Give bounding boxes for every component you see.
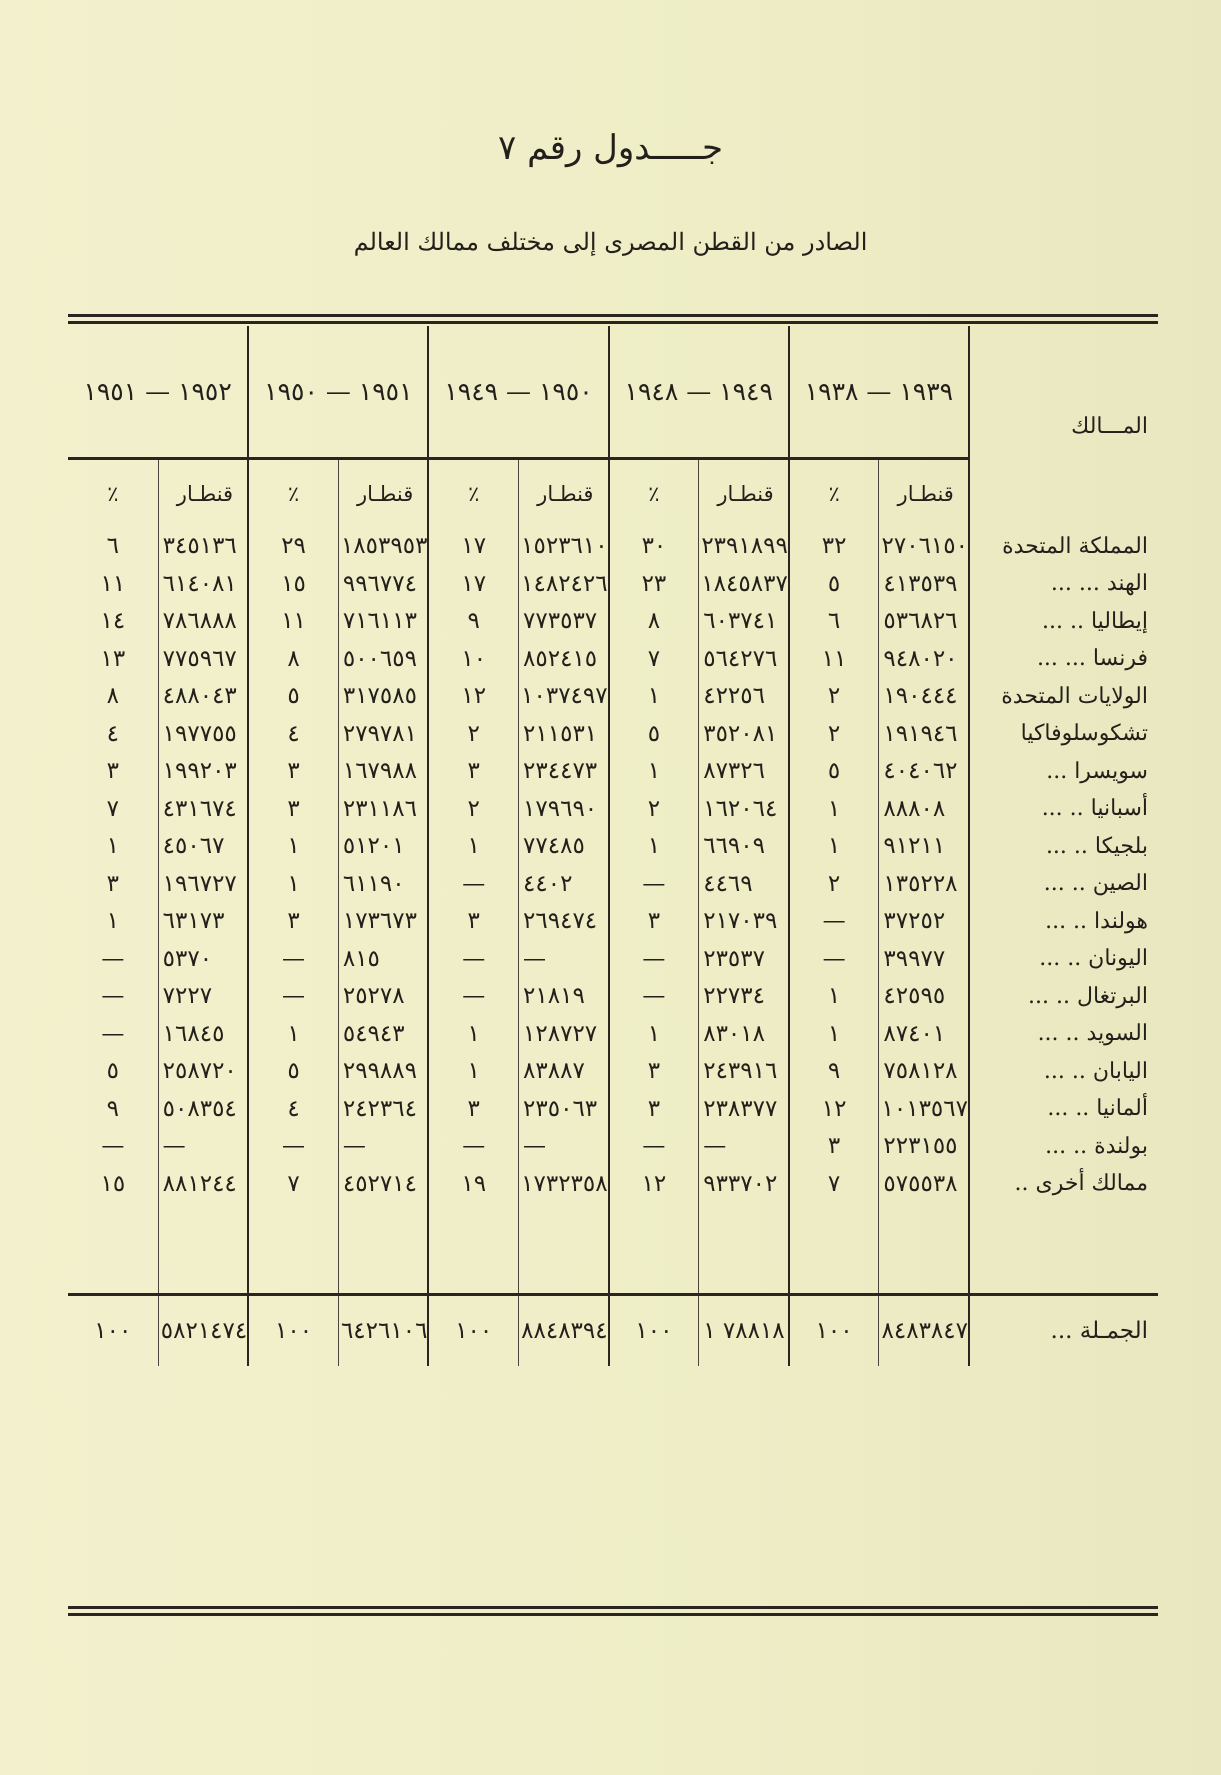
quantity-cell: ٩٣٣٧٠٢ [699,1165,789,1203]
quantity-cell: ٧٧٣٥٣٧ [519,603,609,641]
percent-cell: ٥ [609,715,699,753]
percent-cell: — [68,940,158,978]
quantity-cell: ٩٤٨٠٢٠ [879,640,969,678]
table-title: جـــــدول رقم ٧ [0,128,1221,168]
quantity-cell: ٢٦٩٤٧٤ [519,903,609,941]
quantity-cell: ٨٥٢٤١٥ [519,640,609,678]
quantity-cell: ١٩٩٢٠٣ [158,753,248,791]
percent-cell: ٨ [68,678,158,716]
percent-cell: ١ [789,828,879,866]
quantity-cell: ٨١٥ [338,940,428,978]
percent-cell: ٣ [609,1053,699,1091]
percent-cell: ٤ [68,715,158,753]
percent-cell: ١٩ [428,1165,518,1203]
quantity-cell: — [699,1128,789,1166]
percent-cell: ٥ [248,678,338,716]
quantity-cell: ٩١٢١١ [879,828,969,866]
quantity-cell: ٢١٨١٩ [519,978,609,1016]
percent-cell: ١٠٠ [248,1296,338,1366]
percent-cell: ٢ [789,715,879,753]
percent-cell: ٣٠ [609,528,699,566]
quantity-cell: ٢٣٨٣٧٧ [699,1090,789,1128]
percent-cell: ٣ [428,1090,518,1128]
quantity-cell: ٢٥٨٧٢٠ [158,1053,248,1091]
table-row: السويد .. ...٨٧٤٠١١٨٣٠١٨١١٢٨٧٢٧١٥٤٩٤٣١١٦… [68,1015,1158,1053]
quantity-cell: ٢٢٣١٥٥ [879,1128,969,1166]
country-name: المملكة المتحدة [969,528,1158,566]
quantity-cell: ٨٨٤٨٣٩٤ [519,1296,609,1366]
quantity-cell: ٢٣٤٤٧٣ [519,753,609,791]
country-name: هولندا .. ... [969,903,1158,941]
quantity-cell: ١٩٠٤٤٤ [879,678,969,716]
percent-cell: ٥ [789,753,879,791]
country-name: إيطاليا .. ... [969,603,1158,641]
percent-cell: ١ [428,828,518,866]
quantity-cell: ٦٣١٧٣ [158,903,248,941]
percent-cell: — [68,978,158,1016]
percent-cell: ١ [609,753,699,791]
quantity-cell: ٢٤٣٩١٦ [699,1053,789,1091]
quantity-cell: ٧٧٤٨٥ [519,828,609,866]
table-row: فرنسا ... ...٩٤٨٠٢٠١١٥٦٤٢٧٦٧٨٥٢٤١٥١٠٥٠٠٦… [68,640,1158,678]
percent-cell: ٢ [789,865,879,903]
pct-header: ٪ [68,458,158,528]
quantity-cell: ٧٨٦٨٨٨ [158,603,248,641]
period-header-row: المـــالك ١٩٣٩ — ١٩٣٨ ١٩٤٩ — ١٩٤٨ ١٩٥٠ —… [68,326,1158,458]
country-name: بلجيكا .. ... [969,828,1158,866]
percent-cell: ٥ [789,565,879,603]
quantity-cell: ٢٣١١٨٦ [338,790,428,828]
qty-header: قنطـار [519,458,609,528]
percent-cell: — [609,1128,699,1166]
country-name: الولايات المتحدة [969,678,1158,716]
quantity-cell: ١٤٨٢٤٢٦ [519,565,609,603]
quantity-cell: ١٢٨٧٢٧ [519,1015,609,1053]
percent-cell: ٣ [428,753,518,791]
table-row: تشكوسلوفاكيا١٩١٩٤٦٢٣٥٢٠٨١٥٢١١٥٣١٢٢٧٩٧٨١٤… [68,715,1158,753]
country-name: اليونان .. ... [969,940,1158,978]
quantity-cell: ٩٩٦٧٧٤ [338,565,428,603]
quantity-cell: ٣٥٢٠٨١ [699,715,789,753]
percent-cell: ٦ [789,603,879,641]
quantity-cell: ٤٢٥٩٥ [879,978,969,1016]
country-header: المـــالك [969,326,1158,528]
percent-cell: ٨ [248,640,338,678]
quantity-cell: ١٠٣٧٤٩٧ [519,678,609,716]
country-name: أسبانيا .. ... [969,790,1158,828]
percent-cell: — [428,1128,518,1166]
document-page: جـــــدول رقم ٧ الصادر من القطن المصرى إ… [0,0,1221,1775]
percent-cell: ٣٢ [789,528,879,566]
quantity-cell: ٥٣٧٠ [158,940,248,978]
period-header: ١٩٤٩ — ١٩٤٨ [609,326,789,458]
period-header: ١٩٥١ — ١٩٥٠ [248,326,428,458]
gap-spacer [68,1203,1158,1295]
bottom-double-rule [68,1606,1158,1616]
percent-cell: ١٢ [609,1165,699,1203]
percent-cell: — [68,1128,158,1166]
table-row: الولايات المتحدة١٩٠٤٤٤٢٤٢٢٥٦١١٠٣٧٤٩٧١٢٣١… [68,678,1158,716]
quantity-cell: ٥٨٢١٤٧٤ [158,1296,248,1366]
country-name: الصين .. ... [969,865,1158,903]
quantity-cell: ٢٣٥٣٧ [699,940,789,978]
percent-cell: ٢ [609,790,699,828]
country-name: سويسرا ... [969,753,1158,791]
quantity-cell: ١٨٥٣٩٥٣ [338,528,428,566]
period-header: ١٩٥٠ — ١٩٤٩ [428,326,608,458]
total-row: الجمـلة ...٨٤٨٣٨٤٧١٠٠٧٨٨١٨ ١١٠٠٨٨٤٨٣٩٤١٠… [68,1296,1158,1366]
table-row: إيطاليا .. ...٥٣٦٨٢٦٦٦٠٣٧٤١٨٧٧٣٥٣٧٩٧١٦١١… [68,603,1158,641]
percent-cell: ١٠٠ [428,1296,518,1366]
quantity-cell: ٧٥٨١٢٨ [879,1053,969,1091]
quantity-cell: ٥٠٨٣٥٤ [158,1090,248,1128]
percent-cell: ١٥ [68,1165,158,1203]
quantity-cell: ٨٧٤٠١ [879,1015,969,1053]
percent-cell: ٣ [68,753,158,791]
quantity-cell: ١٠١٣٥٦٧ [879,1090,969,1128]
quantity-cell: ٨٧٣٢٦ [699,753,789,791]
percent-cell: ١ [789,790,879,828]
percent-cell: — [248,978,338,1016]
quantity-cell: ٢٧٩٧٨١ [338,715,428,753]
percent-cell: ٢ [428,790,518,828]
country-name: البرتغال .. ... [969,978,1158,1016]
percent-cell: ١ [609,678,699,716]
quantity-cell: ٢٢٧٣٤ [699,978,789,1016]
quantity-cell: — [519,1128,609,1166]
country-name: بولندة .. ... [969,1128,1158,1166]
quantity-cell: — [158,1128,248,1166]
percent-cell: — [248,1128,338,1166]
percent-cell: ٣ [68,865,158,903]
quantity-cell: ٥٣٦٨٢٦ [879,603,969,641]
quantity-cell: ٧١٦١١٣ [338,603,428,641]
quantity-cell: ٣٧٢٥٢ [879,903,969,941]
quantity-cell: ٨٤٨٣٨٤٧ [879,1296,969,1366]
percent-cell: ٧ [248,1165,338,1203]
percent-cell: — [428,865,518,903]
quantity-cell: ٥٠٠٦٥٩ [338,640,428,678]
table-row: بلجيكا .. ...٩١٢١١١٦٦٩٠٩١٧٧٤٨٥١٥١٢٠١١٤٥٠… [68,828,1158,866]
percent-cell: — [609,940,699,978]
percent-cell: ٥ [68,1053,158,1091]
percent-cell: ٩ [68,1090,158,1128]
percent-cell: ١١ [789,640,879,678]
percent-cell: ٣ [248,753,338,791]
percent-cell: ٢٩ [248,528,338,566]
quantity-cell: ٢١١٥٣١ [519,715,609,753]
table-row: هولندا .. ...٣٧٢٥٢—٢١٧٠٣٩٣٢٦٩٤٧٤٣١٧٣٦٧٣٣… [68,903,1158,941]
percent-cell: ١٠٠ [789,1296,879,1366]
percent-cell: ١٠٠ [609,1296,699,1366]
quantity-cell: ٧٨٨١٨ ١ [699,1296,789,1366]
percent-cell: ١ [248,865,338,903]
percent-cell: ١٢ [789,1090,879,1128]
percent-cell: ١٢ [428,678,518,716]
qty-header: قنطـار [158,458,248,528]
country-name: اليابان .. ... [969,1053,1158,1091]
percent-cell: — [68,1015,158,1053]
quantity-cell: ٨٣٨٨٧ [519,1053,609,1091]
period-header: ١٩٥٢ — ١٩٥١ [68,326,248,458]
quantity-cell: ٢٧٠٦١٥٠ [879,528,969,566]
quantity-cell: — [338,1128,428,1166]
quantity-cell: ٤٠٤٠٦٢ [879,753,969,791]
country-name: فرنسا ... ... [969,640,1158,678]
percent-cell: ٧ [789,1165,879,1203]
qty-header: قنطـار [338,458,428,528]
quantity-cell: ٦١٤٠٨١ [158,565,248,603]
quantity-cell: ١٦٧٩٨٨ [338,753,428,791]
percent-cell: — [428,940,518,978]
table-row: البرتغال .. ...٤٢٥٩٥١٢٢٧٣٤—٢١٨١٩—٢٥٢٧٨—٧… [68,978,1158,1016]
percent-cell: — [248,940,338,978]
percent-cell: ٤ [248,715,338,753]
quantity-cell: ٦٠٣٧٤١ [699,603,789,641]
quantity-cell: ٣٩٩٧٧ [879,940,969,978]
quantity-cell: ٧٧٥٩٦٧ [158,640,248,678]
percent-cell: ٧ [68,790,158,828]
quantity-cell: ٥٦٤٢٧٦ [699,640,789,678]
percent-cell: — [609,978,699,1016]
top-double-rule [68,314,1158,324]
percent-cell: ٢٣ [609,565,699,603]
percent-cell: ٣ [609,903,699,941]
percent-cell: ١ [609,1015,699,1053]
quantity-cell: — [519,940,609,978]
percent-cell: ١ [428,1015,518,1053]
table-row: الصين .. ...١٣٥٢٢٨٢٤٤٦٩—٤٤٠٢—٦١١٩٠١١٩٦٧٢… [68,865,1158,903]
quantity-cell: ٤٨٨٠٤٣ [158,678,248,716]
quantity-cell: ٤٥٠٦٧ [158,828,248,866]
quantity-cell: ١٩١٩٤٦ [879,715,969,753]
table-row: اليونان .. ...٣٩٩٧٧—٢٣٥٣٧———٨١٥—٥٣٧٠— [68,940,1158,978]
quantity-cell: ١٧٩٦٩٠ [519,790,609,828]
percent-cell: ١٠٠ [68,1296,158,1366]
quantity-cell: ٤٥٢٧١٤ [338,1165,428,1203]
percent-cell: — [428,978,518,1016]
quantity-cell: ٢٣٩١٨٩٩ [699,528,789,566]
pct-header: ٪ [789,458,879,528]
percent-cell: ١ [68,903,158,941]
percent-cell: ٣ [248,903,338,941]
quantity-cell: ٣٤٥١٣٦ [158,528,248,566]
table-subtitle: الصادر من القطن المصرى إلى مختلف ممالك ا… [0,228,1221,256]
percent-cell: ١ [68,828,158,866]
percent-cell: ١ [428,1053,518,1091]
percent-cell: ٤ [248,1090,338,1128]
quantity-cell: ٤٤٦٩ [699,865,789,903]
quantity-cell: ٥١٢٠١ [338,828,428,866]
quantity-cell: ٨٨٨٠٨ [879,790,969,828]
percent-cell: ٩ [428,603,518,641]
percent-cell: ٣ [789,1128,879,1166]
country-name: ممالك أخرى .. [969,1165,1158,1203]
country-name: الجمـلة ... [969,1296,1158,1366]
quantity-cell: ١٩٧٧٥٥ [158,715,248,753]
quantity-cell: ١٨٤٥٨٣٧ [699,565,789,603]
pct-header: ٪ [428,458,518,528]
quantity-cell: ١٦٨٤٥ [158,1015,248,1053]
country-name: ألمانيا .. ... [969,1090,1158,1128]
cotton-exports-table: المـــالك ١٩٣٩ — ١٩٣٨ ١٩٤٩ — ١٩٤٨ ١٩٥٠ —… [68,326,1158,1366]
quantity-cell: ١٣٥٢٢٨ [879,865,969,903]
quantity-cell: ٤٣١٦٧٤ [158,790,248,828]
percent-cell: ١٧ [428,528,518,566]
quantity-cell: ٤١٣٥٣٩ [879,565,969,603]
quantity-cell: ٢٣٥٠٦٣ [519,1090,609,1128]
quantity-cell: ١٦٢٠٦٤ [699,790,789,828]
percent-cell: ٣ [428,903,518,941]
table-row: أسبانيا .. ...٨٨٨٠٨١١٦٢٠٦٤٢١٧٩٦٩٠٢٢٣١١٨٦… [68,790,1158,828]
percent-cell: ١ [789,1015,879,1053]
quantity-cell: ٦١١٩٠ [338,865,428,903]
quantity-cell: ٨٣٠١٨ [699,1015,789,1053]
percent-cell: ١١ [68,565,158,603]
table-row: الهند ... ...٤١٣٥٣٩٥١٨٤٥٨٣٧٢٣١٤٨٢٤٢٦١٧٩٩… [68,565,1158,603]
qty-header: قنطـار [879,458,969,528]
quantity-cell: ٢٥٢٧٨ [338,978,428,1016]
pct-header: ٪ [609,458,699,528]
table-row: سويسرا ...٤٠٤٠٦٢٥٨٧٣٢٦١٢٣٤٤٧٣٣١٦٧٩٨٨٣١٩٩… [68,753,1158,791]
quantity-cell: ٣١٧٥٨٥ [338,678,428,716]
qty-header: قنطـار [699,458,789,528]
table-row: المملكة المتحدة٢٧٠٦١٥٠٣٢٢٣٩١٨٩٩٣٠١٥٢٣٦١٠… [68,528,1158,566]
percent-cell: ١١ [248,603,338,641]
percent-cell: ٥ [248,1053,338,1091]
pct-header: ٪ [248,458,338,528]
quantity-cell: ٦٤٢٦١٠٦ [338,1296,428,1366]
quantity-cell: ١٧٣٦٧٣ [338,903,428,941]
percent-cell: ٢ [428,715,518,753]
percent-cell: — [789,903,879,941]
percent-cell: ٢ [789,678,879,716]
percent-cell: ٧ [609,640,699,678]
quantity-cell: ١٩٦٧٢٧ [158,865,248,903]
percent-cell: — [789,940,879,978]
percent-cell: ١٧ [428,565,518,603]
table-row: ألمانيا .. ...١٠١٣٥٦٧١٢٢٣٨٣٧٧٣٢٣٥٠٦٣٣٢٤٢… [68,1090,1158,1128]
table-row: اليابان .. ...٧٥٨١٢٨٩٢٤٣٩١٦٣٨٣٨٨٧١٢٩٩٨٨٩… [68,1053,1158,1091]
percent-cell: ٩ [789,1053,879,1091]
quantity-cell: ٧٢٢٧ [158,978,248,1016]
percent-cell: ١ [248,1015,338,1053]
percent-cell: — [609,865,699,903]
quantity-cell: ٦٦٩٠٩ [699,828,789,866]
country-name: تشكوسلوفاكيا [969,715,1158,753]
quantity-cell: ٢٩٩٨٨٩ [338,1053,428,1091]
percent-cell: ٨ [609,603,699,641]
country-name: الهند ... ... [969,565,1158,603]
quantity-cell: ١٧٣٢٣٥٨ [519,1165,609,1203]
percent-cell: ١ [248,828,338,866]
percent-cell: ١٤ [68,603,158,641]
table-row: ممالك أخرى ..٥٧٥٥٣٨٧٩٣٣٧٠٢١٢١٧٣٢٣٥٨١٩٤٥٢… [68,1165,1158,1203]
percent-cell: ١ [609,828,699,866]
quantity-cell: ٤٢٢٥٦ [699,678,789,716]
quantity-cell: ٢٤٢٣٦٤ [338,1090,428,1128]
quantity-cell: ٤٤٠٢ [519,865,609,903]
percent-cell: ١٣ [68,640,158,678]
percent-cell: ٣ [609,1090,699,1128]
percent-cell: ١٥ [248,565,338,603]
country-name: السويد .. ... [969,1015,1158,1053]
percent-cell: ١ [789,978,879,1016]
percent-cell: ١٠ [428,640,518,678]
quantity-cell: ٥٤٩٤٣ [338,1015,428,1053]
percent-cell: ٣ [248,790,338,828]
quantity-cell: ٢١٧٠٣٩ [699,903,789,941]
quantity-cell: ٨٨١٢٤٤ [158,1165,248,1203]
percent-cell: ٦ [68,528,158,566]
quantity-cell: ١٥٢٣٦١٠ [519,528,609,566]
quantity-cell: ٥٧٥٥٣٨ [879,1165,969,1203]
table-row: بولندة .. ...٢٢٣١٥٥٣———————— [68,1128,1158,1166]
period-header: ١٩٣٩ — ١٩٣٨ [789,326,969,458]
